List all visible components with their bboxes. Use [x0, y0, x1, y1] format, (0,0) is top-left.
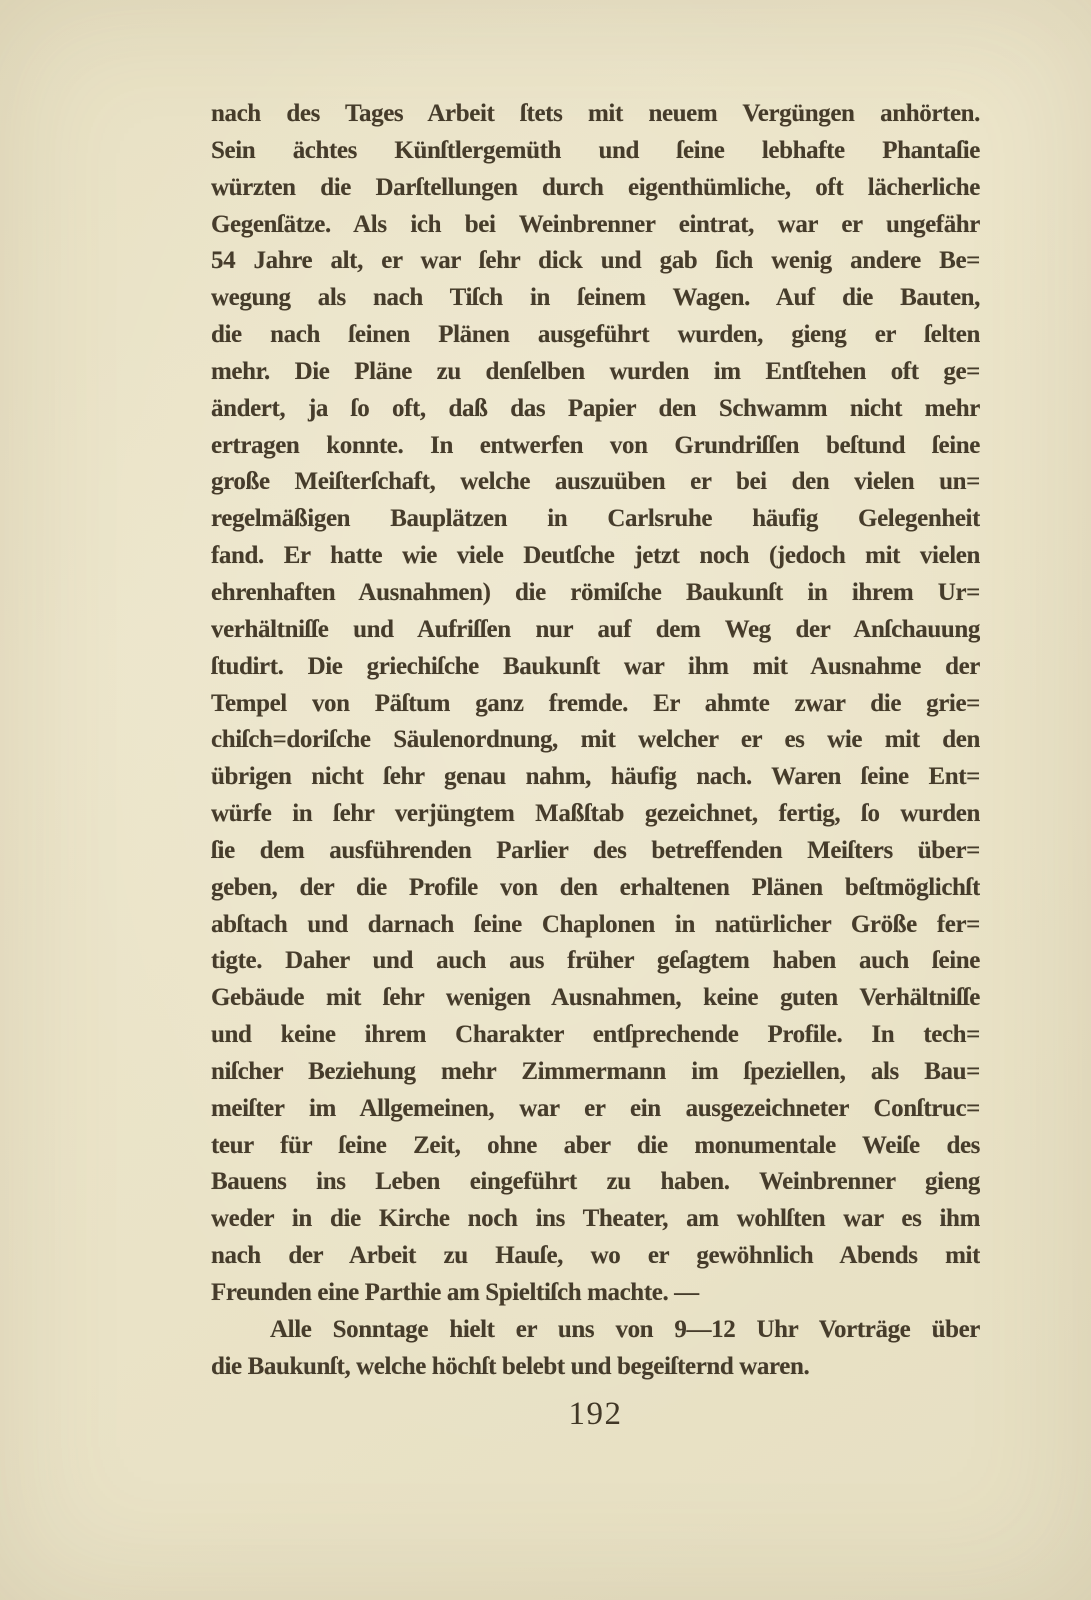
text-line: Bauens ins Leben eingeführt zu haben. We…: [211, 1164, 980, 1201]
text-line: Tempel von Päſtum ganz fremde. Er ahmte …: [211, 686, 980, 723]
text-line: wegung als nach Tiſch in ſeinem Wagen. A…: [211, 280, 980, 317]
text-line: Sein ächtes Künſtlergemüth und ſeine leb…: [211, 133, 980, 170]
text-line: weder in die Kirche noch ins Theater, am…: [211, 1201, 980, 1238]
text-line: chiſch=doriſche Säulenordnung, mit welch…: [211, 722, 980, 759]
text-line: teur für ſeine Zeit, ohne aber die monum…: [211, 1128, 980, 1165]
scanned-page: nach des Tages Arbeit ſtets mit neuem Ve…: [0, 0, 1091, 1600]
text-line: würzten die Darſtellungen durch eigenthü…: [211, 170, 980, 207]
text-line: Gebäude mit ſehr wenigen Ausnahmen, kein…: [211, 980, 980, 1017]
text-line: regelmäßigen Bauplätzen in Carlsruhe häu…: [211, 501, 980, 538]
page-number: 192: [211, 1396, 980, 1433]
text-line: geben, der die Profile von den erhaltene…: [211, 870, 980, 907]
text-line: abſtach und darnach ſeine Chaplonen in n…: [211, 907, 980, 944]
text-line: meiſter im Allgemeinen, war er ein ausge…: [211, 1091, 980, 1128]
text-line: ertragen konnte. In entwerfen von Grundr…: [211, 428, 980, 465]
text-line: würfe in ſehr verjüngtem Maßſtab gezeich…: [211, 796, 980, 833]
text-line: 54 Jahre alt, er war ſehr dick und gab ſ…: [211, 243, 980, 280]
text-line: mehr. Die Pläne zu denſelben wurden im E…: [211, 354, 980, 391]
text-line: übrigen nicht ſehr genau nahm, häufig na…: [211, 759, 980, 796]
text-line: Gegenſätze. Als ich bei Weinbrenner eint…: [211, 207, 980, 244]
text-line: und keine ihrem Charakter entſprechende …: [211, 1017, 980, 1054]
text-line: nach des Tages Arbeit ſtets mit neuem Ve…: [211, 96, 980, 133]
text-line: große Meiſterſchaft, welche auszuüben er…: [211, 464, 980, 501]
text-line-last: die Baukunſt, welche höchſt belebt und b…: [211, 1349, 980, 1386]
text-line: niſcher Beziehung mehr Zimmermann im ſpe…: [211, 1054, 980, 1091]
text-line: ſtudirt. Die griechiſche Baukunſt war ih…: [211, 649, 980, 686]
text-line: tigte. Daher und auch aus früher geſagte…: [211, 943, 980, 980]
text-line: verhältniſſe und Aufriſſen nur auf dem W…: [211, 612, 980, 649]
text-line: ſie dem ausführenden Parlier des betreff…: [211, 833, 980, 870]
text-line: fand. Er hatte wie viele Deutſche jetzt …: [211, 538, 980, 575]
page-text-block: nach des Tages Arbeit ſtets mit neuem Ve…: [211, 96, 980, 1433]
text-line-paragraph-end: Freunden eine Parthie am Spieltiſch mach…: [211, 1275, 980, 1312]
text-line: ändert, ja ſo oft, daß das Papier den Sc…: [211, 391, 980, 428]
text-line: nach der Arbeit zu Hauſe, wo er gewöhnli…: [211, 1238, 980, 1275]
text-line: ehrenhaften Ausnahmen) die römiſche Bauk…: [211, 575, 980, 612]
text-line: die nach ſeinen Plänen ausgeführt wurden…: [211, 317, 980, 354]
text-line-paragraph-start: Alle Sonntage hielt er uns von 9—12 Uhr …: [211, 1312, 980, 1349]
